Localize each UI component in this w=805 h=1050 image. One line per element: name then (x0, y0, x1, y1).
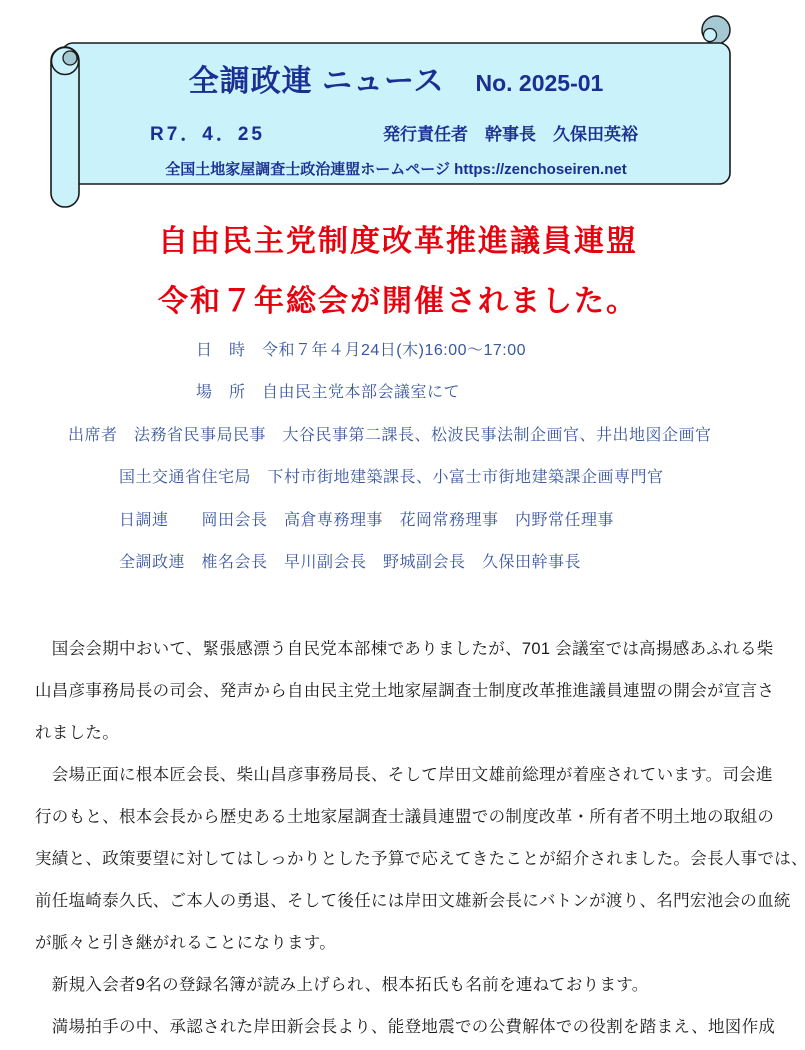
body-line-10: 満場拍手の中、承認された岸田新会長より、能登地震での公費解体での役割を踏まえ、地… (35, 1006, 773, 1048)
publisher-line: 発行責任者 幹事長 久保田英裕 (383, 120, 638, 145)
headline-line-2: 令和７年総会が開催されました。 (0, 276, 796, 320)
scroll-top-right-curl (702, 16, 730, 44)
headline-line-1: 自由民主党制度改革推進議員連盟 (0, 216, 796, 260)
meeting-datetime: 日 時 令和７年４月24日(木)16:00～17:00 (196, 337, 526, 360)
attendees-line-moj: 出席者 法務省民事局民事 大谷民事第二課長、松波民事法制企画官、井出地図企画官 (68, 422, 712, 445)
banner-title: 全調政連 ニュース No. 2025-01 (62, 56, 730, 100)
body-line-1: 国会会期中おいて、緊張感漂う自民党本部棟でありましたが、701 会議室では高揚感… (35, 628, 773, 670)
body-line-8: が脈々と引き継がれることになります。 (35, 922, 773, 964)
attendees-line-nichichoren: 日調連 岡田会長 高倉専務理事 花岡常務理事 内野常任理事 (119, 507, 614, 530)
body-line-2: 山昌彦事務局長の司会、発声から自由民主党土地家屋調査士制度改革推進議員連盟の開会… (35, 670, 773, 712)
attendees-line-mlit: 国土交通省住宅局 下村市街地建築課長、小富士市街地建築課企画専門官 (119, 464, 664, 487)
body-line-4: 会場正面に根本匠会長、柴山昌彦事務局長、そして岸田文雄前総理が着座されています。… (35, 754, 773, 796)
homepage-line: 全国土地家屋調査士政治連盟ホームページ https://zenchoseiren… (62, 158, 730, 179)
attendees-line-zenchoseiren: 全調政連 椎名会長 早川副会長 野城副会長 久保田幹事長 (119, 549, 581, 572)
body-line-3: れました。 (35, 712, 773, 754)
issue-number: No. 2025-01 (475, 70, 603, 96)
meeting-place: 場 所 自由民主党本部会議室にて (196, 379, 460, 402)
scroll-banner-shape (0, 0, 805, 230)
body-line-5: 行のもと、根本会長から歴史ある土地家屋調査士議員連盟での制度改革・所有者不明土地… (35, 796, 773, 838)
body-line-7: 前任塩崎泰久氏、ご本人の勇退、そして後任には岸田文雄新会長にバトンが渡り、名門宏… (35, 880, 773, 922)
issue-date: R7．4．25 (150, 119, 265, 146)
article-body: 国会会期中おいて、緊張感漂う自民党本部棟でありましたが、701 会議室では高揚感… (35, 628, 773, 1048)
body-line-6: 実績と、政策要望に対してはしっかりとした予算で応えてきたことが紹介されました。会… (35, 838, 773, 880)
spacer (444, 65, 475, 98)
newsletter-name: 全調政連 ニュース (189, 65, 445, 98)
body-line-9: 新規入会者9名の登録名簿が読み上げられ、根本拓氏も名前を連ねております。 (35, 964, 773, 1006)
